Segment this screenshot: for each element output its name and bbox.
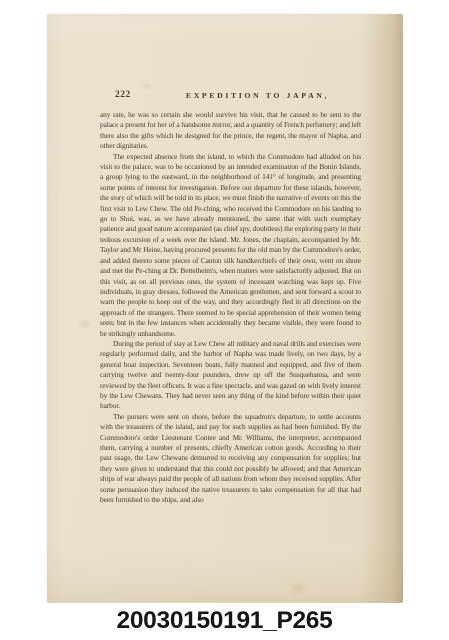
paragraph: During the period of stay at Lew Chew al… <box>100 339 361 412</box>
paragraph: The pursers were sent on shore, before t… <box>100 412 361 506</box>
scan-id-label: 20030150191_P265 <box>0 603 449 640</box>
scan-canvas: 222 EXPEDITION TO JAPAN, any rate, he wa… <box>0 0 449 640</box>
book-page: 222 EXPEDITION TO JAPAN, any rate, he wa… <box>47 14 403 603</box>
paragraph: The expected absence from the island, to… <box>100 152 361 339</box>
running-title: EXPEDITION TO JAPAN, <box>127 91 388 100</box>
page-body-text: any rate, he was so certain she would su… <box>100 110 361 505</box>
page-header: 222 EXPEDITION TO JAPAN, <box>100 90 361 102</box>
paragraph: any rate, he was so certain she would su… <box>100 110 361 152</box>
